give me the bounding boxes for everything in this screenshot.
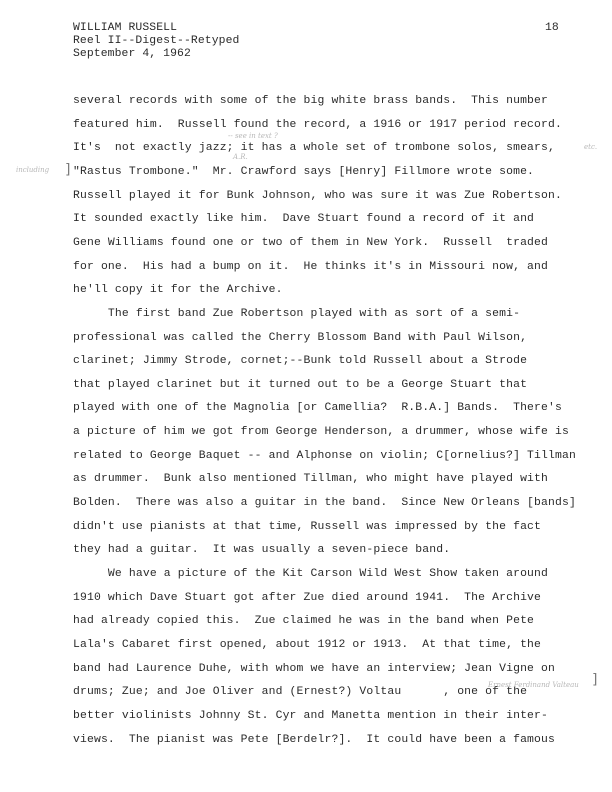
text-line: Russell played it for Bunk Johnson, who … [73,189,562,203]
interview-date: September 4, 1962 [73,48,239,61]
handwritten-annotation-insert: A.R. [233,153,248,161]
text-line: better violinists Johnny St. Cyr and Man… [73,709,548,723]
text-line: he'll copy it for the Archive. [73,283,283,297]
text-line: "Rastus Trombone." Mr. Crawford says [He… [73,165,534,179]
text-line: they had a guitar. It was usually a seve… [73,543,450,557]
handwritten-annotation-margin: including [16,166,49,174]
text-line: It's not exactly jazz; it has a whole se… [73,141,555,155]
document-page: WILLIAM RUSSELL Reel II--Digest--Retyped… [0,0,612,792]
text-line: that played clarinet but it turned out t… [73,378,527,392]
reel-label: Reel II--Digest--Retyped [73,35,239,48]
text-line: band had Laurence Duhe, with whom we hav… [73,662,555,676]
text-line: related to George Baquet -- and Alphonse… [73,449,576,463]
text-line: didn't use pianists at that time, Russel… [73,520,541,534]
text-line: Lala's Cabaret first opened, about 1912 … [73,638,541,652]
text-line: Bolden. There was also a guitar in the b… [73,496,576,510]
text-line: It sounded exactly like him. Dave Stuart… [73,212,534,226]
text-line: several records with some of the big whi… [73,94,548,108]
text-line: drums; Zue; and Joe Oliver and (Ernest?)… [73,685,527,699]
margin-bracket: ] [65,162,70,178]
text-line: as drummer. Bunk also mentioned Tillman,… [73,472,548,486]
handwritten-annotation-record: -- see in text ? [228,132,278,140]
interviewee-name: WILLIAM RUSSELL [73,22,239,35]
text-line: had already copied this. Zue claimed he … [73,614,534,628]
text-line: The first band Zue Robertson played with… [73,307,520,321]
text-line: a picture of him we got from George Hend… [73,425,569,439]
handwritten-annotation-voltau: Ernest Ferdinand Valteau [488,681,579,689]
document-header: WILLIAM RUSSELL Reel II--Digest--Retyped… [73,22,239,61]
text-line: 1910 which Dave Stuart got after Zue die… [73,591,541,605]
text-line: views. The pianist was Pete [Berdelr?]. … [73,733,555,747]
text-line: professional was called the Cherry Bloss… [73,331,527,345]
handwritten-annotation-smears: etc. [584,143,597,151]
correction-bracket: ] [592,672,597,688]
page-number: 18 [545,22,559,35]
text-line: played with one of the Magnolia [or Came… [73,401,562,415]
text-line: Gene Williams found one or two of them i… [73,236,548,250]
text-line: clarinet; Jimmy Strode, cornet;--Bunk to… [73,354,527,368]
text-line: for one. His had a bump on it. He thinks… [73,260,548,274]
text-line: featured him. Russell found the record, … [73,118,562,132]
text-line: We have a picture of the Kit Carson Wild… [73,567,548,581]
